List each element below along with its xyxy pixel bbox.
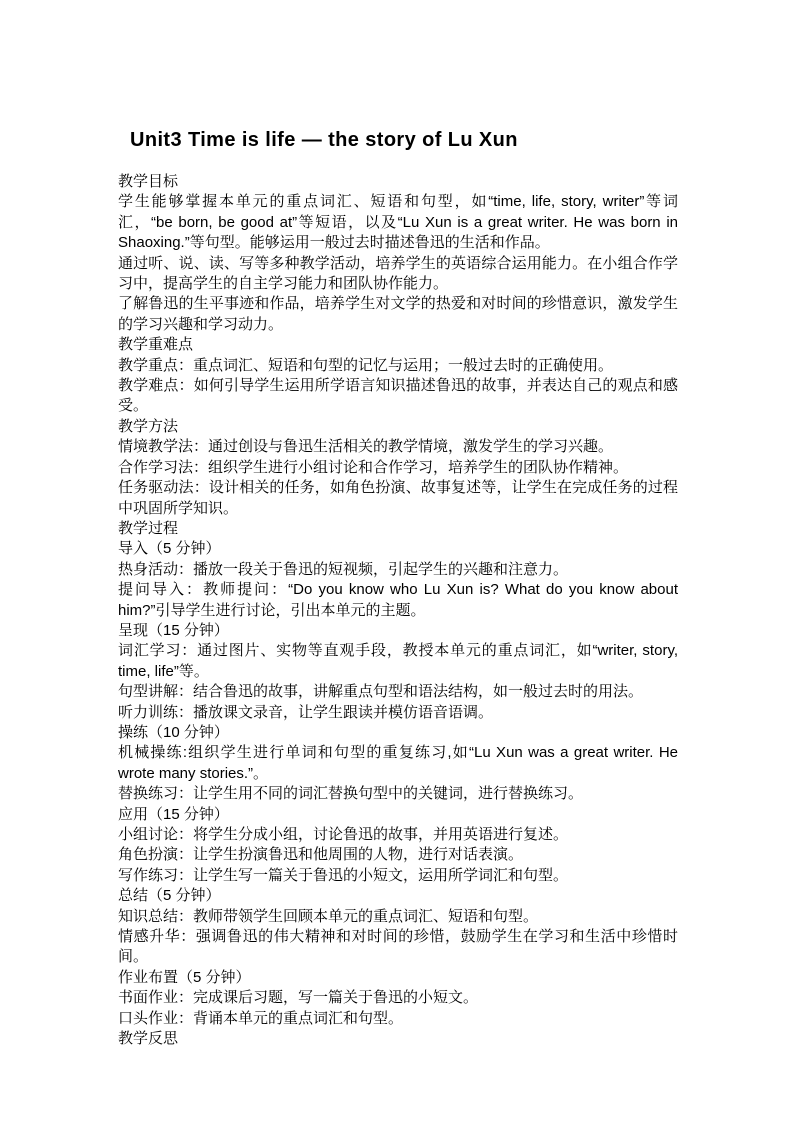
paragraph: 了解鲁迅的生平事迹和作品，培养学生对文学的热爱和对时间的珍惜意识，激发学生的学习…	[118, 294, 678, 335]
paragraph: 词汇学习：通过图片、实物等直观手段，教授本单元的重点词汇，如“writer, s…	[118, 641, 678, 682]
paragraph: 学生能够掌握本单元的重点词汇、短语和句型，如“time, life, story…	[118, 192, 678, 253]
paragraph-heading-methods: 教学方法	[118, 417, 678, 437]
paragraph-stage-presentation: 呈现（15 分钟）	[118, 621, 678, 641]
paragraph-stage-lead-in: 导入（5 分钟）	[118, 539, 678, 559]
paragraph-stage-practice: 操练（10 分钟）	[118, 723, 678, 743]
paragraph: 教学重点：重点词汇、短语和句型的记忆与运用；一般过去时的正确使用。	[118, 356, 678, 376]
paragraph: 通过听、说、读、写等多种教学活动，培养学生的英语综合运用能力。在小组合作学习中，…	[118, 254, 678, 295]
document-page: Unit3 Time is life — the story of Lu Xun…	[0, 0, 794, 1123]
paragraph-stage-homework: 作业布置（5 分钟）	[118, 968, 678, 988]
paragraph: 热身活动：播放一段关于鲁迅的短视频，引起学生的兴趣和注意力。	[118, 560, 678, 580]
paragraph: 情感升华：强调鲁迅的伟大精神和对时间的珍惜，鼓励学生在学习和生活中珍惜时间。	[118, 927, 678, 968]
paragraph: 提问导入：教师提问：“Do you know who Lu Xun is? Wh…	[118, 580, 678, 621]
paragraph: 角色扮演：让学生扮演鲁迅和他周围的人物，进行对话表演。	[118, 845, 678, 865]
document-content: Unit3 Time is life — the story of Lu Xun…	[118, 128, 678, 1049]
paragraph: 句型讲解：结合鲁迅的故事，讲解重点句型和语法结构，如一般过去时的用法。	[118, 682, 678, 702]
paragraph: 任务驱动法：设计相关的任务，如角色扮演、故事复述等，让学生在完成任务的过程中巩固…	[118, 478, 678, 519]
paragraph-heading-reflection: 教学反思	[118, 1029, 678, 1049]
paragraph-heading-process: 教学过程	[118, 519, 678, 539]
paragraph: 口头作业：背诵本单元的重点词汇和句型。	[118, 1009, 678, 1029]
paragraph-stage-summary: 总结（5 分钟）	[118, 886, 678, 906]
paragraph: 小组讨论：将学生分成小组，讨论鲁迅的故事，并用英语进行复述。	[118, 825, 678, 845]
paragraph: 替换练习：让学生用不同的词汇替换句型中的关键词，进行替换练习。	[118, 784, 678, 804]
paragraph-heading-key-points: 教学重难点	[118, 335, 678, 355]
paragraph: 教学难点：如何引导学生运用所学语言知识描述鲁迅的故事，并表达自己的观点和感受。	[118, 376, 678, 417]
paragraph: 合作学习法：组织学生进行小组讨论和合作学习，培养学生的团队协作精神。	[118, 458, 678, 478]
document-body: 教学目标 学生能够掌握本单元的重点词汇、短语和句型，如“time, life, …	[118, 172, 678, 1049]
document-title: Unit3 Time is life — the story of Lu Xun	[130, 128, 678, 152]
paragraph: 知识总结：教师带领学生回顾本单元的重点词汇、短语和句型。	[118, 907, 678, 927]
paragraph-heading-objectives: 教学目标	[118, 172, 678, 192]
paragraph: 听力训练：播放课文录音，让学生跟读并模仿语音语调。	[118, 703, 678, 723]
paragraph: 情境教学法：通过创设与鲁迅生活相关的教学情境，激发学生的学习兴趣。	[118, 437, 678, 457]
paragraph: 机械操练:组织学生进行单词和句型的重复练习,如“Lu Xun was a gre…	[118, 743, 678, 784]
paragraph: 写作练习：让学生写一篇关于鲁迅的小短文，运用所学词汇和句型。	[118, 866, 678, 886]
paragraph-stage-application: 应用（15 分钟）	[118, 805, 678, 825]
paragraph: 书面作业：完成课后习题，写一篇关于鲁迅的小短文。	[118, 988, 678, 1008]
